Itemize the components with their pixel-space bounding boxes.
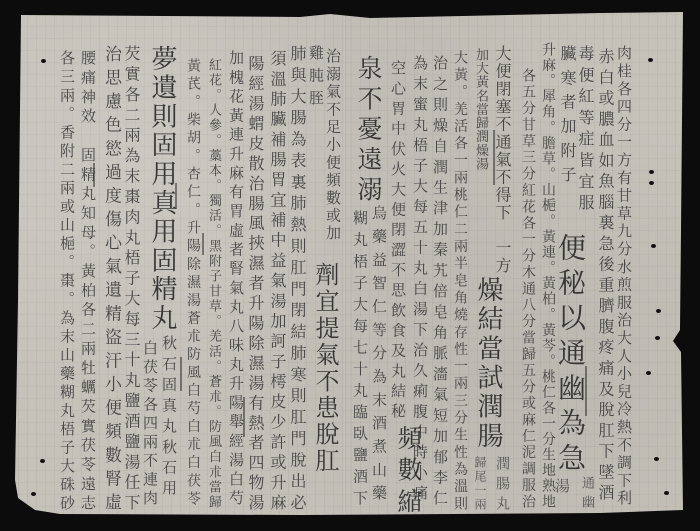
text-column: 肺與大腸為表裏肺熱則肛門閉結肺寒則肛門脫出必	[289, 45, 305, 510]
text-column: 大便閉塞不通氣不得下 一方	[494, 45, 510, 273]
text-column: 腰痛神效 固精丸知母。黃柏各二兩牡蠣芡實茯苓遠志	[80, 50, 95, 510]
text-column: 糊丸梧子大每七十丸臨臥鹽酒下	[352, 210, 367, 505]
binding-hole	[664, 491, 669, 495]
text-column: 秋石固真丸秋石用	[161, 335, 176, 495]
heading-frequent-urination-b: 泉不憂遠溺	[356, 55, 381, 201]
binding-hole	[651, 244, 656, 248]
manuscript-page: 肉桂各四分一方有甘草九分水煎服治大人小兒冷熱不調下利 赤白或膿血如魚腦裏急後重臍…	[0, 0, 700, 531]
text-column: 雞肫胵	[308, 45, 323, 105]
bracket-stroke	[180, 357, 182, 391]
text-column: 各五分甘草三分紅花各一分木通八分當歸五分或麻仁泥調服治	[521, 68, 535, 508]
bracket-stroke	[243, 397, 245, 437]
bracket-stroke	[93, 163, 95, 187]
text-column: 芡實各二兩為末棗肉丸梧子大每三十丸鹽酒鹽湯任下	[123, 45, 139, 510]
binding-hole	[649, 170, 654, 174]
text-column: 各三兩。香附二兩或山梔。棗。為末山藥糊丸梧子大硃砂	[59, 50, 74, 510]
text-column: 陽經湯蝟皮散治腸風挾濕者升陽除濕湯有熱者四物湯	[247, 55, 263, 510]
binding-hole	[41, 59, 46, 63]
text-column: 肉桂各四分一方有甘草九分水煎服治大人小兒冷熱不調下利	[616, 45, 631, 505]
annotation-tang: 湯	[554, 478, 569, 494]
binding-hole	[646, 371, 651, 375]
annotation-runchang: 潤腸丸	[495, 456, 509, 510]
text-column: 大黃。羌活各一兩桃仁二兩半皂角燒存性一兩三分生性為溫則	[453, 50, 467, 510]
text-column: 升麻。犀角。膽草。山梔。黃連。黃柏。黃芩。桃仁各一分生地熟地	[541, 42, 555, 508]
bracket-stroke	[493, 130, 495, 185]
heading-dryness: 燥結當試潤腸	[475, 276, 501, 448]
annotation-guiwei: 歸尾一兩	[474, 456, 486, 510]
text-column: 赤白或膿血如魚腦裏急後重臍腹疼痛及脫肛下墜酒	[597, 48, 613, 500]
text-column: 空心胃中伏火大便閉澀不思飲食及丸結秘	[390, 60, 405, 418]
binding-hole	[655, 336, 660, 340]
binding-hole	[656, 309, 661, 313]
annotation-tongyou: 通幽	[580, 476, 593, 508]
binding-hole	[649, 181, 654, 185]
heading-prolapse: 劑宜提氣不患脫肛	[313, 262, 337, 472]
binding-hole	[654, 457, 659, 461]
text-column: 紅花。人參。藁本。獨活。黑附子甘草。羌活。蒼朮。防風白朮當歸	[207, 58, 220, 508]
text-column: 須溫肺臟補腸胃宜補中益氣湯加訶子樗皮少許或升麻	[269, 50, 285, 510]
binding-hole	[40, 459, 45, 463]
text-column: 毒便紅等症皆宜服	[577, 45, 593, 210]
bracket-stroke	[175, 183, 177, 209]
bracket-stroke	[585, 366, 587, 416]
center-fold	[344, 14, 346, 514]
binding-hole	[31, 492, 36, 496]
text-column: 加槐花黃連升麻有胃虛者腎氣丸八味丸升陽舉經湯白芍	[228, 50, 243, 505]
text-column: 治溺氣不足小便頻數或加	[325, 48, 340, 240]
text-column: 黃芪。柴胡。杏仁。升陽除濕湯蒼朮防風白芍白朮白茯苓	[186, 58, 200, 505]
binding-hole	[648, 58, 653, 62]
text-column: 白茯苓各四兩不連肉	[142, 340, 157, 505]
text-column: 治思慮色慾過度傷心氣遺精盜汗小便頻數腎虛	[102, 45, 119, 510]
bracket-stroke	[202, 233, 204, 255]
text-column: 臟寒者加附子	[559, 45, 575, 182]
heading-frequent-urination-a: 頻數縮	[396, 425, 421, 513]
heading-emission: 夢遺則固用真用固精丸	[149, 45, 175, 330]
text-column: 烏藥益智仁等分為末酒煮山藥	[371, 205, 386, 500]
heading-constipation: 便秘以通幽為急	[556, 233, 584, 471]
text-column: 治之則燥自潤生津加秦艽倍皂角脈濇氣短加郁李仁	[432, 55, 447, 505]
text-column: 加大黃名當歸潤燥湯	[474, 48, 487, 170]
